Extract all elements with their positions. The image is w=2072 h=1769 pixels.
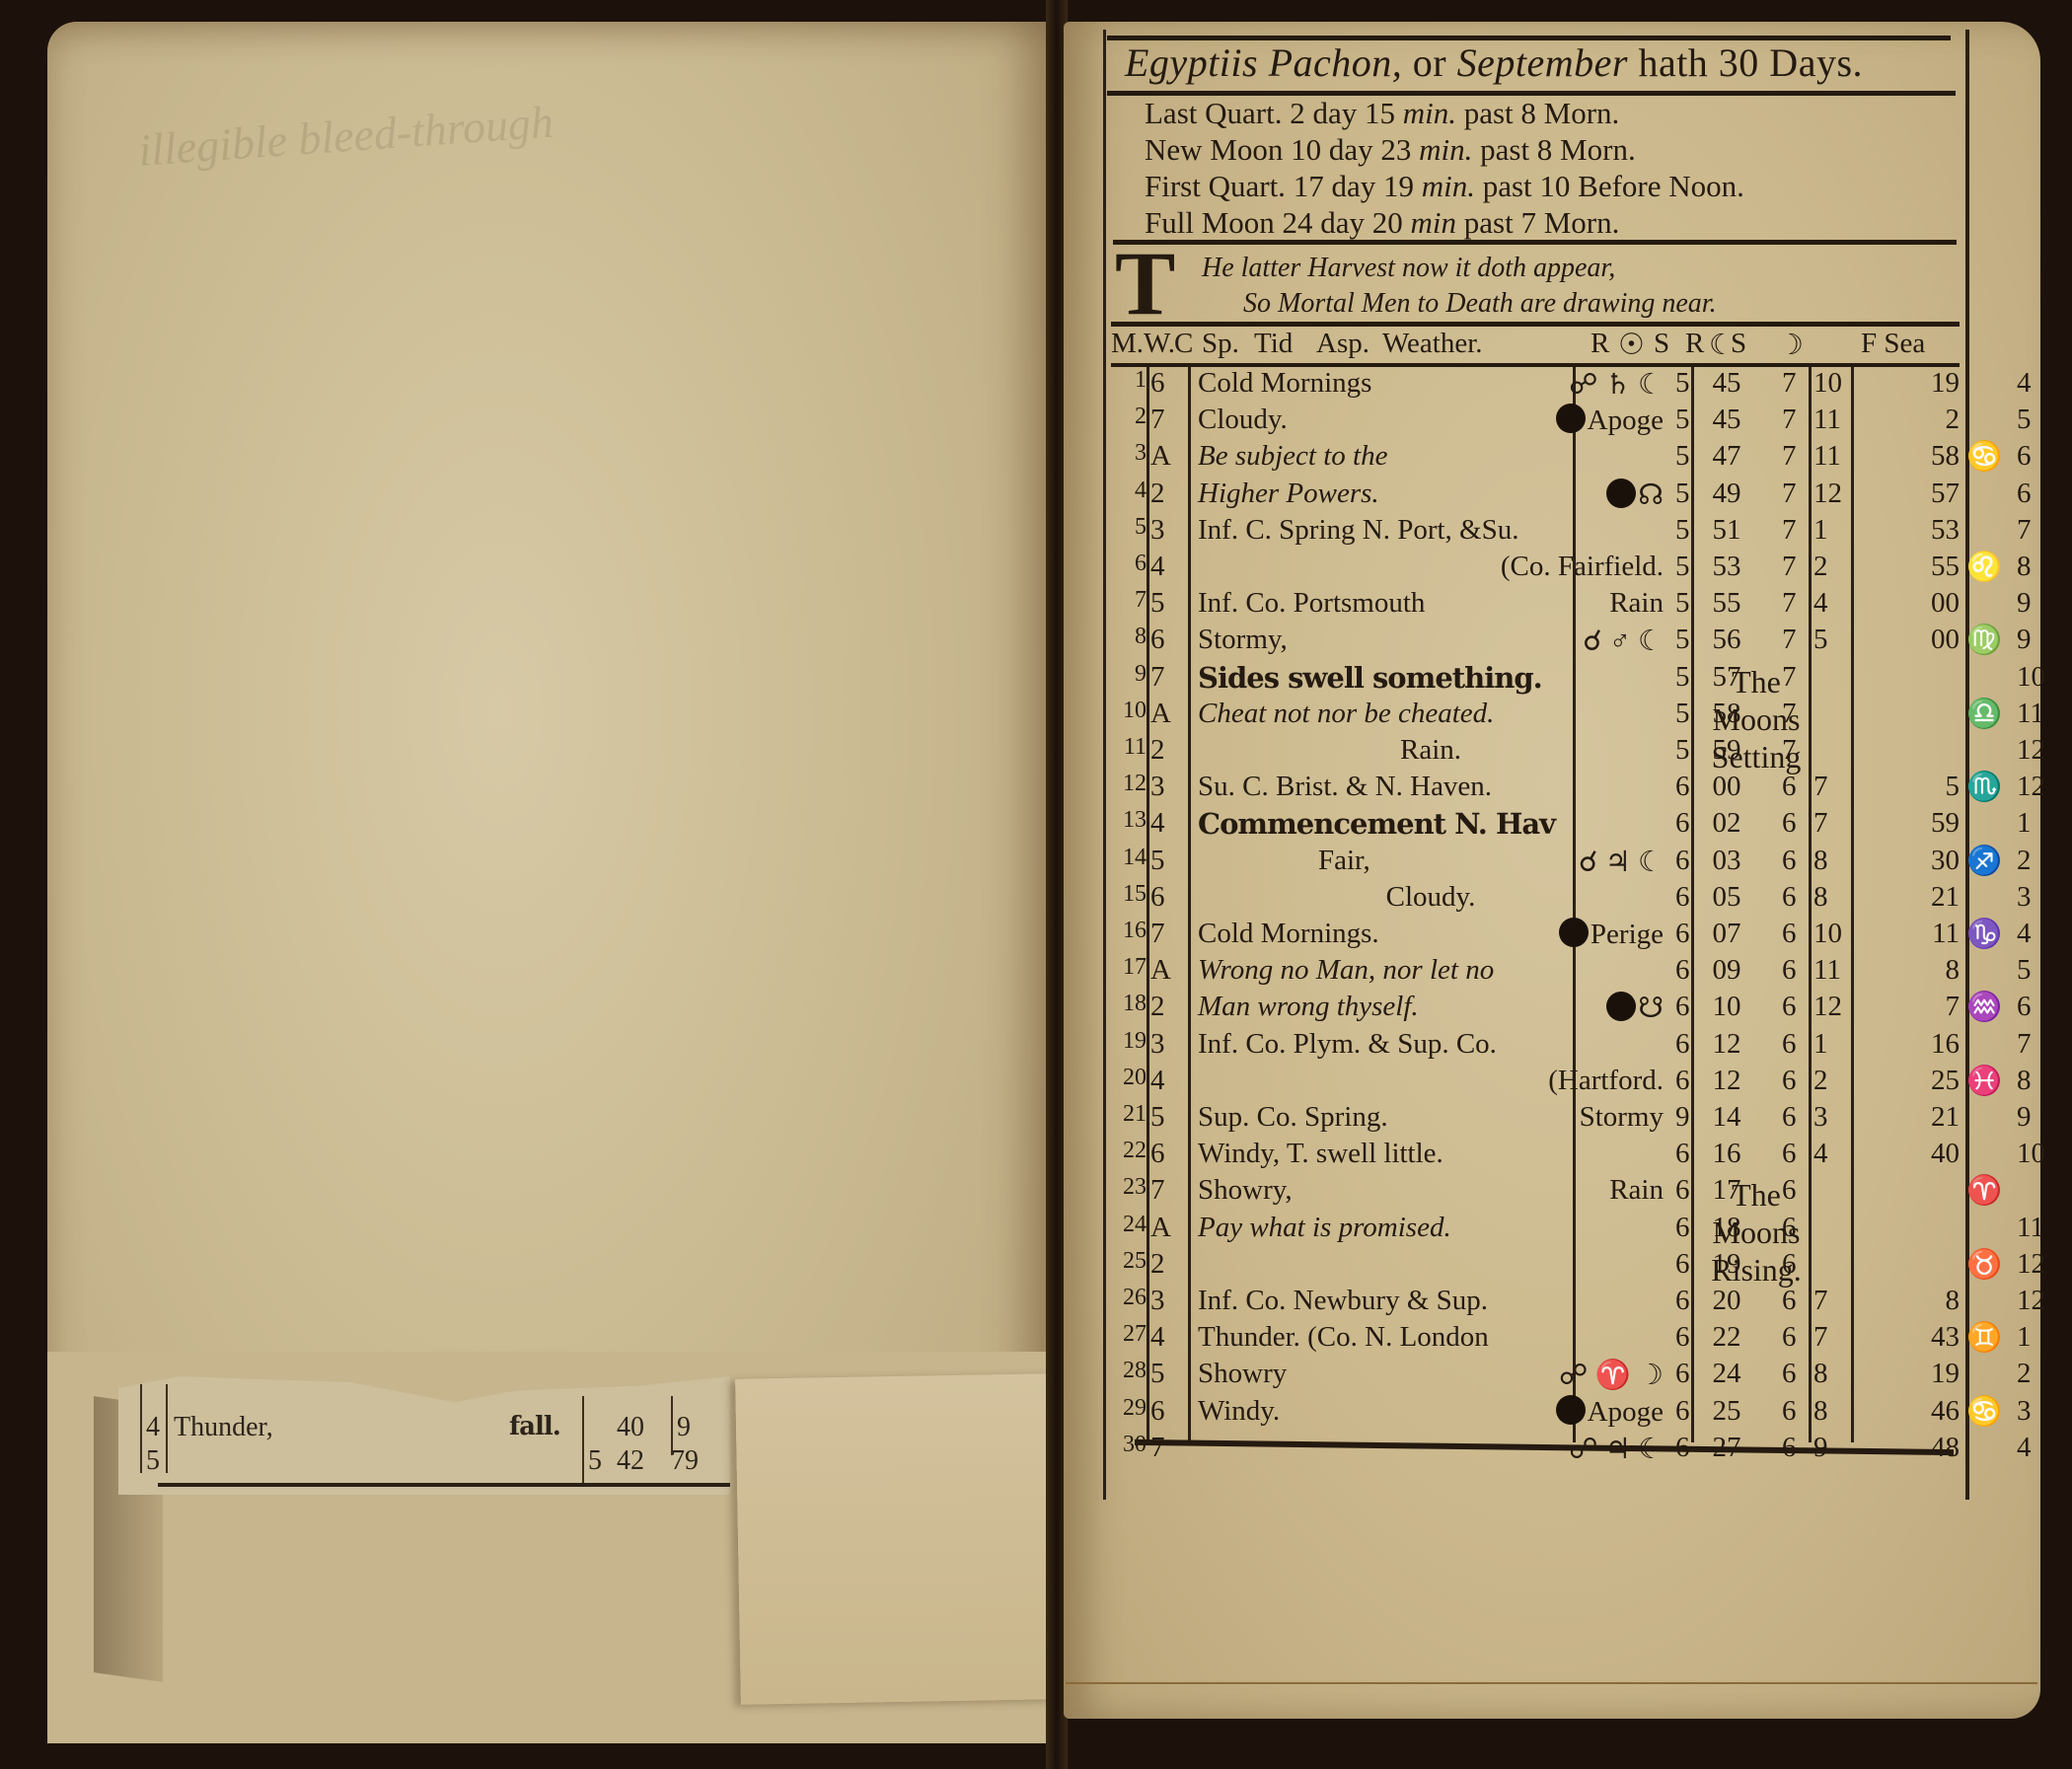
aspect-text: ☋ bbox=[1198, 991, 1664, 1025]
moon-minutes: 21 bbox=[1900, 881, 1960, 914]
full-sea-minutes: 42 bbox=[2066, 661, 2072, 694]
sun-rise-hour: 5 bbox=[1675, 624, 1695, 656]
verse-block: T He latter Harvest now it doth appear, … bbox=[1113, 243, 1961, 326]
day-of-week: A bbox=[1150, 440, 1180, 473]
sun-set-hour: 7 bbox=[1782, 367, 1802, 400]
sun-set-hour: 6 bbox=[1782, 845, 1802, 877]
sun-rise-hour: 6 bbox=[1675, 1028, 1695, 1061]
sun-minutes: 16 bbox=[1703, 1138, 1750, 1170]
day-of-week: 7 bbox=[1150, 1174, 1180, 1207]
weather-text: Inf. Co. Newbury & Sup. bbox=[1198, 1285, 1652, 1317]
sun-minutes: 02 bbox=[1703, 807, 1750, 840]
verse-line-1: He latter Harvest now it doth appear, bbox=[1202, 253, 1615, 284]
moon-hour: 3 bbox=[1813, 1101, 1853, 1134]
aspect-text: ☊ bbox=[1198, 478, 1664, 512]
verse-dropcap: T bbox=[1115, 239, 1175, 328]
zodiac-sign-icon: ♑ bbox=[1960, 918, 2009, 951]
sun-minutes: 18 bbox=[1703, 1212, 1750, 1244]
full-sea-minutes: 48 bbox=[2066, 478, 2072, 510]
sun-set-hour: 6 bbox=[1782, 1174, 1802, 1207]
day-of-month: 22 bbox=[1111, 1138, 1147, 1164]
full-sea-hour: 11 bbox=[2017, 698, 2056, 730]
full-sea-hour: 5 bbox=[2017, 404, 2056, 436]
sun-set-hour: 7 bbox=[1782, 514, 1802, 547]
full-sea-hour: 4 bbox=[2017, 1432, 2056, 1464]
sun-rise-hour: 6 bbox=[1675, 881, 1695, 914]
moon-minutes: 55 bbox=[1900, 551, 1960, 583]
moon-hour: 8 bbox=[1813, 881, 1853, 914]
full-sea-hour: 10 bbox=[2017, 661, 2056, 694]
moon-hour: 11 bbox=[1813, 954, 1853, 987]
sun-rise-hour: 6 bbox=[1675, 1395, 1695, 1428]
day-of-month: 4 bbox=[1111, 478, 1147, 504]
sun-rise-hour: 5 bbox=[1675, 478, 1695, 510]
sun-set-hour: 6 bbox=[1782, 991, 1802, 1023]
aspect-text: ☍ ♈ ☽ bbox=[1198, 1358, 1664, 1392]
day-of-month: 19 bbox=[1111, 1028, 1147, 1055]
zodiac-sign-icon: ♒ bbox=[1960, 991, 2009, 1024]
table-row: Cold Mornings☍ ♄ ☾1654571019427 bbox=[1111, 367, 1969, 404]
day-of-month: 25 bbox=[1111, 1248, 1147, 1275]
full-sea-hour: 2 bbox=[2017, 845, 2056, 877]
moon-minutes: 8 bbox=[1900, 1285, 1960, 1317]
day-of-week: 7 bbox=[1150, 1432, 1180, 1464]
full-sea-hour: 9 bbox=[2017, 1101, 2056, 1134]
fragment-weather: Thunder, bbox=[174, 1412, 273, 1443]
moon-minutes: 58 bbox=[1900, 440, 1960, 473]
full-sea-minutes: 59 bbox=[2066, 1285, 2072, 1317]
full-sea-hour: 9 bbox=[2017, 624, 2056, 656]
full-sea-minutes: 14 bbox=[2066, 404, 2072, 436]
sun-minutes: 56 bbox=[1703, 624, 1750, 656]
table-row: Thunder. (Co. N. London2746226743♊146 bbox=[1111, 1321, 1969, 1358]
sun-minutes: 57 bbox=[1703, 661, 1750, 694]
sun-rise-hour: 5 bbox=[1675, 404, 1695, 436]
day-of-week: 4 bbox=[1150, 1321, 1180, 1354]
full-sea-hour: 12 bbox=[2017, 734, 2056, 767]
day-of-month: 16 bbox=[1111, 918, 1147, 944]
full-sea-minutes: 27 bbox=[2066, 367, 2072, 400]
full-sea-minutes: 1 bbox=[2066, 440, 2072, 473]
table-row: Pay what is promised.24A6186116 bbox=[1111, 1212, 1969, 1248]
moon-hour: 4 bbox=[1813, 587, 1853, 620]
sun-set-hour: 6 bbox=[1782, 807, 1802, 840]
sun-set-hour: 6 bbox=[1782, 1212, 1802, 1244]
header-weather: Weather. bbox=[1382, 328, 1483, 360]
day-of-week: 6 bbox=[1150, 1138, 1180, 1170]
full-sea-hour: 6 bbox=[2017, 478, 2056, 510]
moon-hour: 10 bbox=[1813, 918, 1853, 950]
moon-hour: 5 bbox=[1813, 624, 1853, 656]
zodiac-sign-icon: ♋ bbox=[1960, 440, 2009, 474]
table-row: Cloudy.1566056821330 bbox=[1111, 881, 1969, 918]
moon-phase-first-quarter: First Quart. 17 day 19 min. past 10 Befo… bbox=[1145, 168, 1954, 204]
full-sea-hour: 12 bbox=[2017, 1248, 2056, 1281]
full-sea-hour: 5 bbox=[2017, 954, 2056, 987]
full-sea-minutes: 30 bbox=[2066, 881, 2072, 914]
sun-rise-hour: 6 bbox=[1675, 954, 1695, 987]
column-headers: M.W. C Sp. Tid Asp. Weather. R ☉ S R ☾ S… bbox=[1111, 326, 1960, 365]
month-title: Egyptiis Pachon, or September hath 30 Da… bbox=[1125, 39, 1954, 95]
aspect-text: ☍ ♄ ☾ bbox=[1198, 367, 1664, 402]
sun-set-hour: 6 bbox=[1782, 918, 1802, 950]
day-of-week: 3 bbox=[1150, 771, 1180, 803]
sun-minutes: 45 bbox=[1703, 367, 1750, 400]
sun-rise-hour: 6 bbox=[1675, 991, 1695, 1023]
table-row: (Co. Fairfield.645537255♌822 bbox=[1111, 551, 1969, 587]
weather-text: Thunder. (Co. N. London bbox=[1198, 1321, 1652, 1354]
sun-rise-hour: 6 bbox=[1675, 1138, 1695, 1170]
day-of-month: 14 bbox=[1111, 845, 1147, 871]
day-of-month: 28 bbox=[1111, 1358, 1147, 1384]
sun-set-hour: 7 bbox=[1782, 404, 1802, 436]
full-sea-minutes: 48 bbox=[2066, 807, 2072, 840]
aspect-text: Apoge bbox=[1198, 404, 1664, 437]
fragment-sun-set: 9 bbox=[677, 1412, 691, 1443]
sun-minutes: 25 bbox=[1703, 1395, 1750, 1428]
day-of-week: 6 bbox=[1150, 881, 1180, 914]
moon-hour: 7 bbox=[1813, 807, 1853, 840]
moon-hour: 1 bbox=[1813, 1028, 1853, 1061]
day-of-month: 17 bbox=[1111, 954, 1147, 981]
sun-rise-hour: 5 bbox=[1675, 734, 1695, 767]
day-of-week: 2 bbox=[1150, 478, 1180, 510]
aspect-text: Rain bbox=[1198, 1174, 1664, 1207]
table-row: (Hartford.2046126225♓836 bbox=[1111, 1065, 1969, 1101]
table-row: Inf. Co. PortsmouthRain75555740098 bbox=[1111, 587, 1969, 624]
header-sun-set: S bbox=[1654, 328, 1669, 360]
table-row: Higher Powers.☊4254971257648 bbox=[1111, 478, 1969, 514]
column-divider bbox=[166, 1384, 168, 1473]
table-row: Inf. C. Spring N. Port, &Su.535517153735 bbox=[1111, 514, 1969, 551]
calendar-table: Cold Mornings☍ ♄ ☾1654571019427Cloudy.Ap… bbox=[1111, 367, 1969, 1468]
table-row: Cloudy.Apoge275457112514 bbox=[1111, 404, 1969, 440]
sun-set-hour: 6 bbox=[1782, 1248, 1802, 1281]
zodiac-sign-icon: ♏ bbox=[1960, 771, 2009, 804]
moon-hour: 11 bbox=[1813, 440, 1853, 473]
fragment-weekday: 5 bbox=[146, 1445, 160, 1477]
day-of-month: 29 bbox=[1111, 1395, 1147, 1422]
sun-minutes: 55 bbox=[1703, 587, 1750, 620]
node-dot-icon bbox=[1606, 479, 1636, 508]
sun-rise-hour: 6 bbox=[1675, 771, 1695, 803]
aspect-text: ☌ ♃ ☾ bbox=[1198, 845, 1664, 879]
day-of-week: A bbox=[1150, 698, 1180, 730]
moon-hour: 2 bbox=[1813, 551, 1853, 583]
fragment-weekday: 4 bbox=[146, 1412, 160, 1443]
sun-set-hour: 7 bbox=[1782, 624, 1802, 656]
full-sea-minutes: 7 bbox=[2066, 1432, 2072, 1464]
sun-minutes: 22 bbox=[1703, 1321, 1750, 1354]
day-of-week: A bbox=[1150, 954, 1180, 987]
moon-hour: 10 bbox=[1813, 367, 1853, 400]
day-of-week: 5 bbox=[1150, 845, 1180, 877]
full-sea-minutes: 35 bbox=[2066, 514, 2072, 547]
full-sea-minutes: 3 bbox=[2066, 991, 2072, 1023]
aspect-text: (Hartford. bbox=[1198, 1065, 1664, 1097]
weather-text: Sides swell something. bbox=[1198, 661, 1652, 695]
moon-hour: 7 bbox=[1813, 771, 1853, 803]
table-row: Sides swell something.9755771042 bbox=[1111, 661, 1969, 698]
day-of-month: 8 bbox=[1111, 624, 1147, 650]
table-row: Showry,Rain2376176♈ bbox=[1111, 1174, 1969, 1211]
day-of-week: 5 bbox=[1150, 1101, 1180, 1134]
weather-text: Inf. C. Spring N. Port, &Su. bbox=[1198, 514, 1652, 547]
day-of-week: 7 bbox=[1150, 404, 1180, 436]
moon-phase-new-moon: New Moon 10 day 23 min. past 8 Morn. bbox=[1145, 131, 1954, 168]
table-row: Man wrong thyself.☋1826106127♒63 bbox=[1111, 991, 1969, 1027]
title-egyptian-name: Egyptiis Pachon, bbox=[1125, 40, 1402, 85]
zodiac-sign-icon: ♌ bbox=[1960, 551, 2009, 584]
sun-set-hour: 7 bbox=[1782, 734, 1802, 767]
table-row: Cheat not nor be cheated.10A5587♎1139 bbox=[1111, 698, 1969, 734]
day-of-week: 5 bbox=[1150, 587, 1180, 620]
full-sea-hour: 4 bbox=[2017, 918, 2056, 950]
faint-handwriting: illegible bleed-through bbox=[136, 54, 986, 995]
day-of-month: 5 bbox=[1111, 514, 1147, 541]
table-row: Stormy,☌ ♂ ☾865567500♍953 bbox=[1111, 624, 1969, 660]
sun-rise-hour: 6 bbox=[1675, 1285, 1695, 1317]
moon-hour: 7 bbox=[1813, 1285, 1853, 1317]
full-sea-minutes: 32 bbox=[2066, 1358, 2072, 1390]
day-of-week: 6 bbox=[1150, 1395, 1180, 1428]
sun-rise-hour: 6 bbox=[1675, 807, 1695, 840]
sun-rise-hour: 6 bbox=[1675, 1212, 1695, 1244]
header-sun-rise: R bbox=[1591, 328, 1609, 360]
sun-set-hour: 6 bbox=[1782, 881, 1802, 914]
sun-icon: ☉ bbox=[1618, 328, 1645, 362]
sun-set-hour: 7 bbox=[1782, 587, 1802, 620]
header-aspects: Asp. bbox=[1316, 328, 1369, 360]
fragment-sun-minutes: 40 bbox=[617, 1412, 644, 1443]
day-of-week: 4 bbox=[1150, 551, 1180, 583]
sun-rise-hour: 6 bbox=[1675, 918, 1695, 950]
sun-set-hour: 7 bbox=[1782, 440, 1802, 473]
moon-phases: Last Quart. 2 day 15 min. past 8 Morn. N… bbox=[1145, 95, 1954, 241]
table-row: Inf. Co. Newbury & Sup.2636206781259 bbox=[1111, 1285, 1969, 1321]
day-of-week: 5 bbox=[1150, 1358, 1180, 1390]
sun-set-hour: 7 bbox=[1782, 661, 1802, 694]
sun-minutes: 53 bbox=[1703, 551, 1750, 583]
day-of-month: 27 bbox=[1111, 1321, 1147, 1348]
day-of-week: 2 bbox=[1150, 1248, 1180, 1281]
weather-text: Cheat not nor be cheated. bbox=[1198, 698, 1652, 730]
full-sea-minutes: 21 bbox=[2066, 918, 2072, 950]
header-moon-set: S bbox=[1731, 328, 1746, 360]
sun-set-hour: 6 bbox=[1782, 1101, 1802, 1134]
sun-minutes: 07 bbox=[1703, 918, 1750, 950]
sun-rise-hour: 5 bbox=[1675, 698, 1695, 730]
moon-phase-last-quarter: Last Quart. 2 day 15 min. past 8 Morn. bbox=[1145, 95, 1954, 131]
node-dot-icon bbox=[1556, 404, 1586, 433]
full-sea-minutes: 39 bbox=[2066, 845, 2072, 877]
day-of-week: 6 bbox=[1150, 624, 1180, 656]
day-of-week: A bbox=[1150, 1212, 1180, 1244]
zodiac-sign-icon: ♋ bbox=[1960, 1395, 2009, 1429]
zodiac-sign-icon: ♎ bbox=[1960, 698, 2009, 731]
sun-minutes: 59 bbox=[1703, 734, 1750, 767]
sun-set-hour: 6 bbox=[1782, 1395, 1802, 1428]
title-days: hath 30 Days. bbox=[1638, 40, 1863, 85]
page-edge-line bbox=[1066, 1682, 2037, 1684]
full-sea-hour: 1 bbox=[2017, 807, 2056, 840]
sun-minutes: 20 bbox=[1703, 1285, 1750, 1317]
sun-minutes: 00 bbox=[1703, 771, 1750, 803]
moon-minutes: 8 bbox=[1900, 954, 1960, 987]
aspect-text: Rain. bbox=[1198, 734, 1664, 767]
day-of-week: 7 bbox=[1150, 661, 1180, 694]
moon-minutes: 11 bbox=[1900, 918, 1960, 950]
day-of-month: 9 bbox=[1111, 661, 1147, 688]
table-row: Sup. Co. Spring.Stormy2159146321925 bbox=[1111, 1101, 1969, 1138]
day-of-month: 11 bbox=[1111, 734, 1147, 761]
zodiac-sign-icon: ♊ bbox=[1960, 1321, 2009, 1355]
day-of-month: 10 bbox=[1111, 698, 1147, 724]
sun-minutes: 14 bbox=[1703, 1101, 1750, 1134]
sun-rise-hour: 5 bbox=[1675, 661, 1695, 694]
table-row: 2526196♉1212 bbox=[1111, 1248, 1969, 1285]
full-sea-minutes: 20 bbox=[2066, 1395, 2072, 1428]
sun-minutes: 17 bbox=[1703, 1174, 1750, 1207]
full-sea-minutes: 12 bbox=[2066, 954, 2072, 987]
full-sea-minutes: 22 bbox=[2066, 551, 2072, 583]
header-month-week-day: M.W. bbox=[1111, 328, 1175, 360]
zodiac-sign-icon: ♈ bbox=[1960, 1174, 2009, 1208]
weather-text: Commencement N. Hav bbox=[1198, 807, 1652, 841]
zodiac-sign-icon: ♓ bbox=[1960, 1065, 2009, 1098]
sun-set-hour: 6 bbox=[1782, 1285, 1802, 1317]
full-sea-minutes: 57 bbox=[2066, 771, 2072, 803]
fragment-sun-set: 79 bbox=[671, 1445, 699, 1477]
full-sea-hour: 6 bbox=[2017, 440, 2056, 473]
full-sea-hour: 2 bbox=[2017, 1358, 2056, 1390]
zodiac-sign-icon: ♉ bbox=[1960, 1248, 2009, 1282]
moon-minutes: 48 bbox=[1900, 1432, 1960, 1464]
fragment-sun-minutes: 42 bbox=[617, 1445, 644, 1477]
folded-torn-flap bbox=[735, 1373, 1057, 1705]
sun-minutes: 19 bbox=[1703, 1248, 1750, 1281]
fragment-sun-rise: 5 bbox=[588, 1445, 602, 1477]
table-row: Commencement N. Hav1346026759148 bbox=[1111, 807, 1969, 844]
sun-rise-hour: 6 bbox=[1675, 1358, 1695, 1390]
sun-rise-hour: 5 bbox=[1675, 440, 1695, 473]
node-dot-icon bbox=[1556, 1395, 1586, 1425]
full-sea-minutes: 25 bbox=[2066, 1101, 2072, 1134]
day-of-month: 1 bbox=[1111, 367, 1147, 394]
sun-set-hour: 6 bbox=[1782, 1065, 1802, 1097]
sun-rise-hour: 6 bbox=[1675, 1174, 1695, 1207]
verse-line-2: So Mortal Men to Death are drawing near. bbox=[1243, 288, 1717, 320]
sun-set-hour: 6 bbox=[1782, 1358, 1802, 1390]
sun-rise-hour: 5 bbox=[1675, 551, 1695, 583]
day-of-week: 3 bbox=[1150, 514, 1180, 547]
full-sea-minutes: 16 bbox=[2066, 1138, 2072, 1170]
node-dot-icon bbox=[1559, 918, 1589, 947]
full-sea-hour: 12 bbox=[2017, 1285, 2056, 1317]
table-row: Showry☍ ♈ ☽2856246819232 bbox=[1111, 1358, 1969, 1394]
full-sea-minutes: 53 bbox=[2066, 624, 2072, 656]
day-of-month: 18 bbox=[1111, 991, 1147, 1017]
full-sea-minutes: 12 bbox=[2066, 1248, 2072, 1281]
full-sea-minutes: 6 bbox=[2066, 1212, 2072, 1244]
header-tide: Tid bbox=[1254, 328, 1293, 360]
table-row: Rain.1125597126 bbox=[1111, 734, 1969, 771]
table-row: Inf. Co. Plym. & Sup. Co.1936126116745 bbox=[1111, 1028, 1969, 1065]
sun-set-hour: 7 bbox=[1782, 551, 1802, 583]
full-sea-hour: 10 bbox=[2017, 1138, 2056, 1170]
moon-minutes: 2 bbox=[1900, 404, 1960, 436]
moon-hour: 7 bbox=[1813, 1321, 1853, 1354]
moon-minutes: 40 bbox=[1900, 1138, 1960, 1170]
full-sea-hour: 11 bbox=[2017, 1212, 2056, 1244]
sun-minutes: 58 bbox=[1703, 698, 1750, 730]
sun-set-hour: 7 bbox=[1782, 478, 1802, 510]
sun-minutes: 24 bbox=[1703, 1358, 1750, 1390]
aspect-text: Perige bbox=[1198, 918, 1664, 951]
aspect-text: Cloudy. bbox=[1198, 881, 1664, 914]
moon-hour: 4 bbox=[1813, 1138, 1853, 1170]
header-moon-rise: R bbox=[1685, 328, 1704, 360]
sun-set-hour: 6 bbox=[1782, 771, 1802, 803]
sun-set-hour: 7 bbox=[1782, 698, 1802, 730]
sun-minutes: 47 bbox=[1703, 440, 1750, 473]
moon-hour: 1 bbox=[1813, 514, 1853, 547]
fragment-bottom-rule bbox=[158, 1483, 730, 1487]
weather-text: Wrong no Man, nor let no bbox=[1198, 954, 1652, 987]
moon-minutes: 19 bbox=[1900, 1358, 1960, 1390]
header-weekday: C bbox=[1174, 328, 1193, 360]
sun-rise-hour: 6 bbox=[1675, 845, 1695, 877]
sun-minutes: 51 bbox=[1703, 514, 1750, 547]
day-of-month: 6 bbox=[1111, 551, 1147, 577]
full-sea-hour: 8 bbox=[2017, 1065, 2056, 1097]
full-sea-hour: 9 bbox=[2017, 587, 2056, 620]
aspect-text: ☌ ♂ ☾ bbox=[1198, 624, 1664, 658]
moon-minutes: 00 bbox=[1900, 587, 1960, 620]
full-sea-minutes: 8 bbox=[2066, 587, 2072, 620]
moon-minutes: 30 bbox=[1900, 845, 1960, 877]
header-full-sea: F Sea bbox=[1861, 328, 1925, 360]
day-of-week: 6 bbox=[1150, 367, 1180, 400]
day-of-month: 7 bbox=[1111, 587, 1147, 614]
sun-set-hour: 6 bbox=[1782, 1028, 1802, 1061]
sun-rise-hour: 5 bbox=[1675, 514, 1695, 547]
moon-hour: 2 bbox=[1813, 1065, 1853, 1097]
full-sea-hour: 7 bbox=[2017, 1028, 2056, 1061]
day-of-week: 7 bbox=[1150, 918, 1180, 950]
day-of-week: 2 bbox=[1150, 734, 1180, 767]
day-of-month: 20 bbox=[1111, 1065, 1147, 1091]
moon-minutes: 7 bbox=[1900, 991, 1960, 1023]
moon-minutes: 21 bbox=[1900, 1101, 1960, 1134]
moon-phase-full-moon: Full Moon 24 day 20 min past 7 Morn. bbox=[1145, 204, 1954, 241]
aspect-text: Stormy bbox=[1198, 1101, 1664, 1134]
day-of-week: 2 bbox=[1150, 991, 1180, 1023]
day-of-week: 3 bbox=[1150, 1285, 1180, 1317]
full-sea-hour: 8 bbox=[2017, 551, 2056, 583]
aspect-text: Rain bbox=[1198, 587, 1664, 620]
moon-minutes: 5 bbox=[1900, 771, 1960, 803]
moon-minutes: 25 bbox=[1900, 1065, 1960, 1097]
weather-text: Windy, T. swell little. bbox=[1198, 1138, 1652, 1170]
full-sea-hour: 3 bbox=[2017, 1395, 2056, 1428]
table-row: Windy.Apoge2966256846♋320 bbox=[1111, 1395, 1969, 1432]
column-divider bbox=[140, 1384, 142, 1473]
column-divider bbox=[582, 1396, 584, 1485]
sun-set-hour: 6 bbox=[1782, 954, 1802, 987]
full-sea-minutes: 39 bbox=[2066, 698, 2072, 730]
full-sea-minutes: 36 bbox=[2066, 1065, 2072, 1097]
